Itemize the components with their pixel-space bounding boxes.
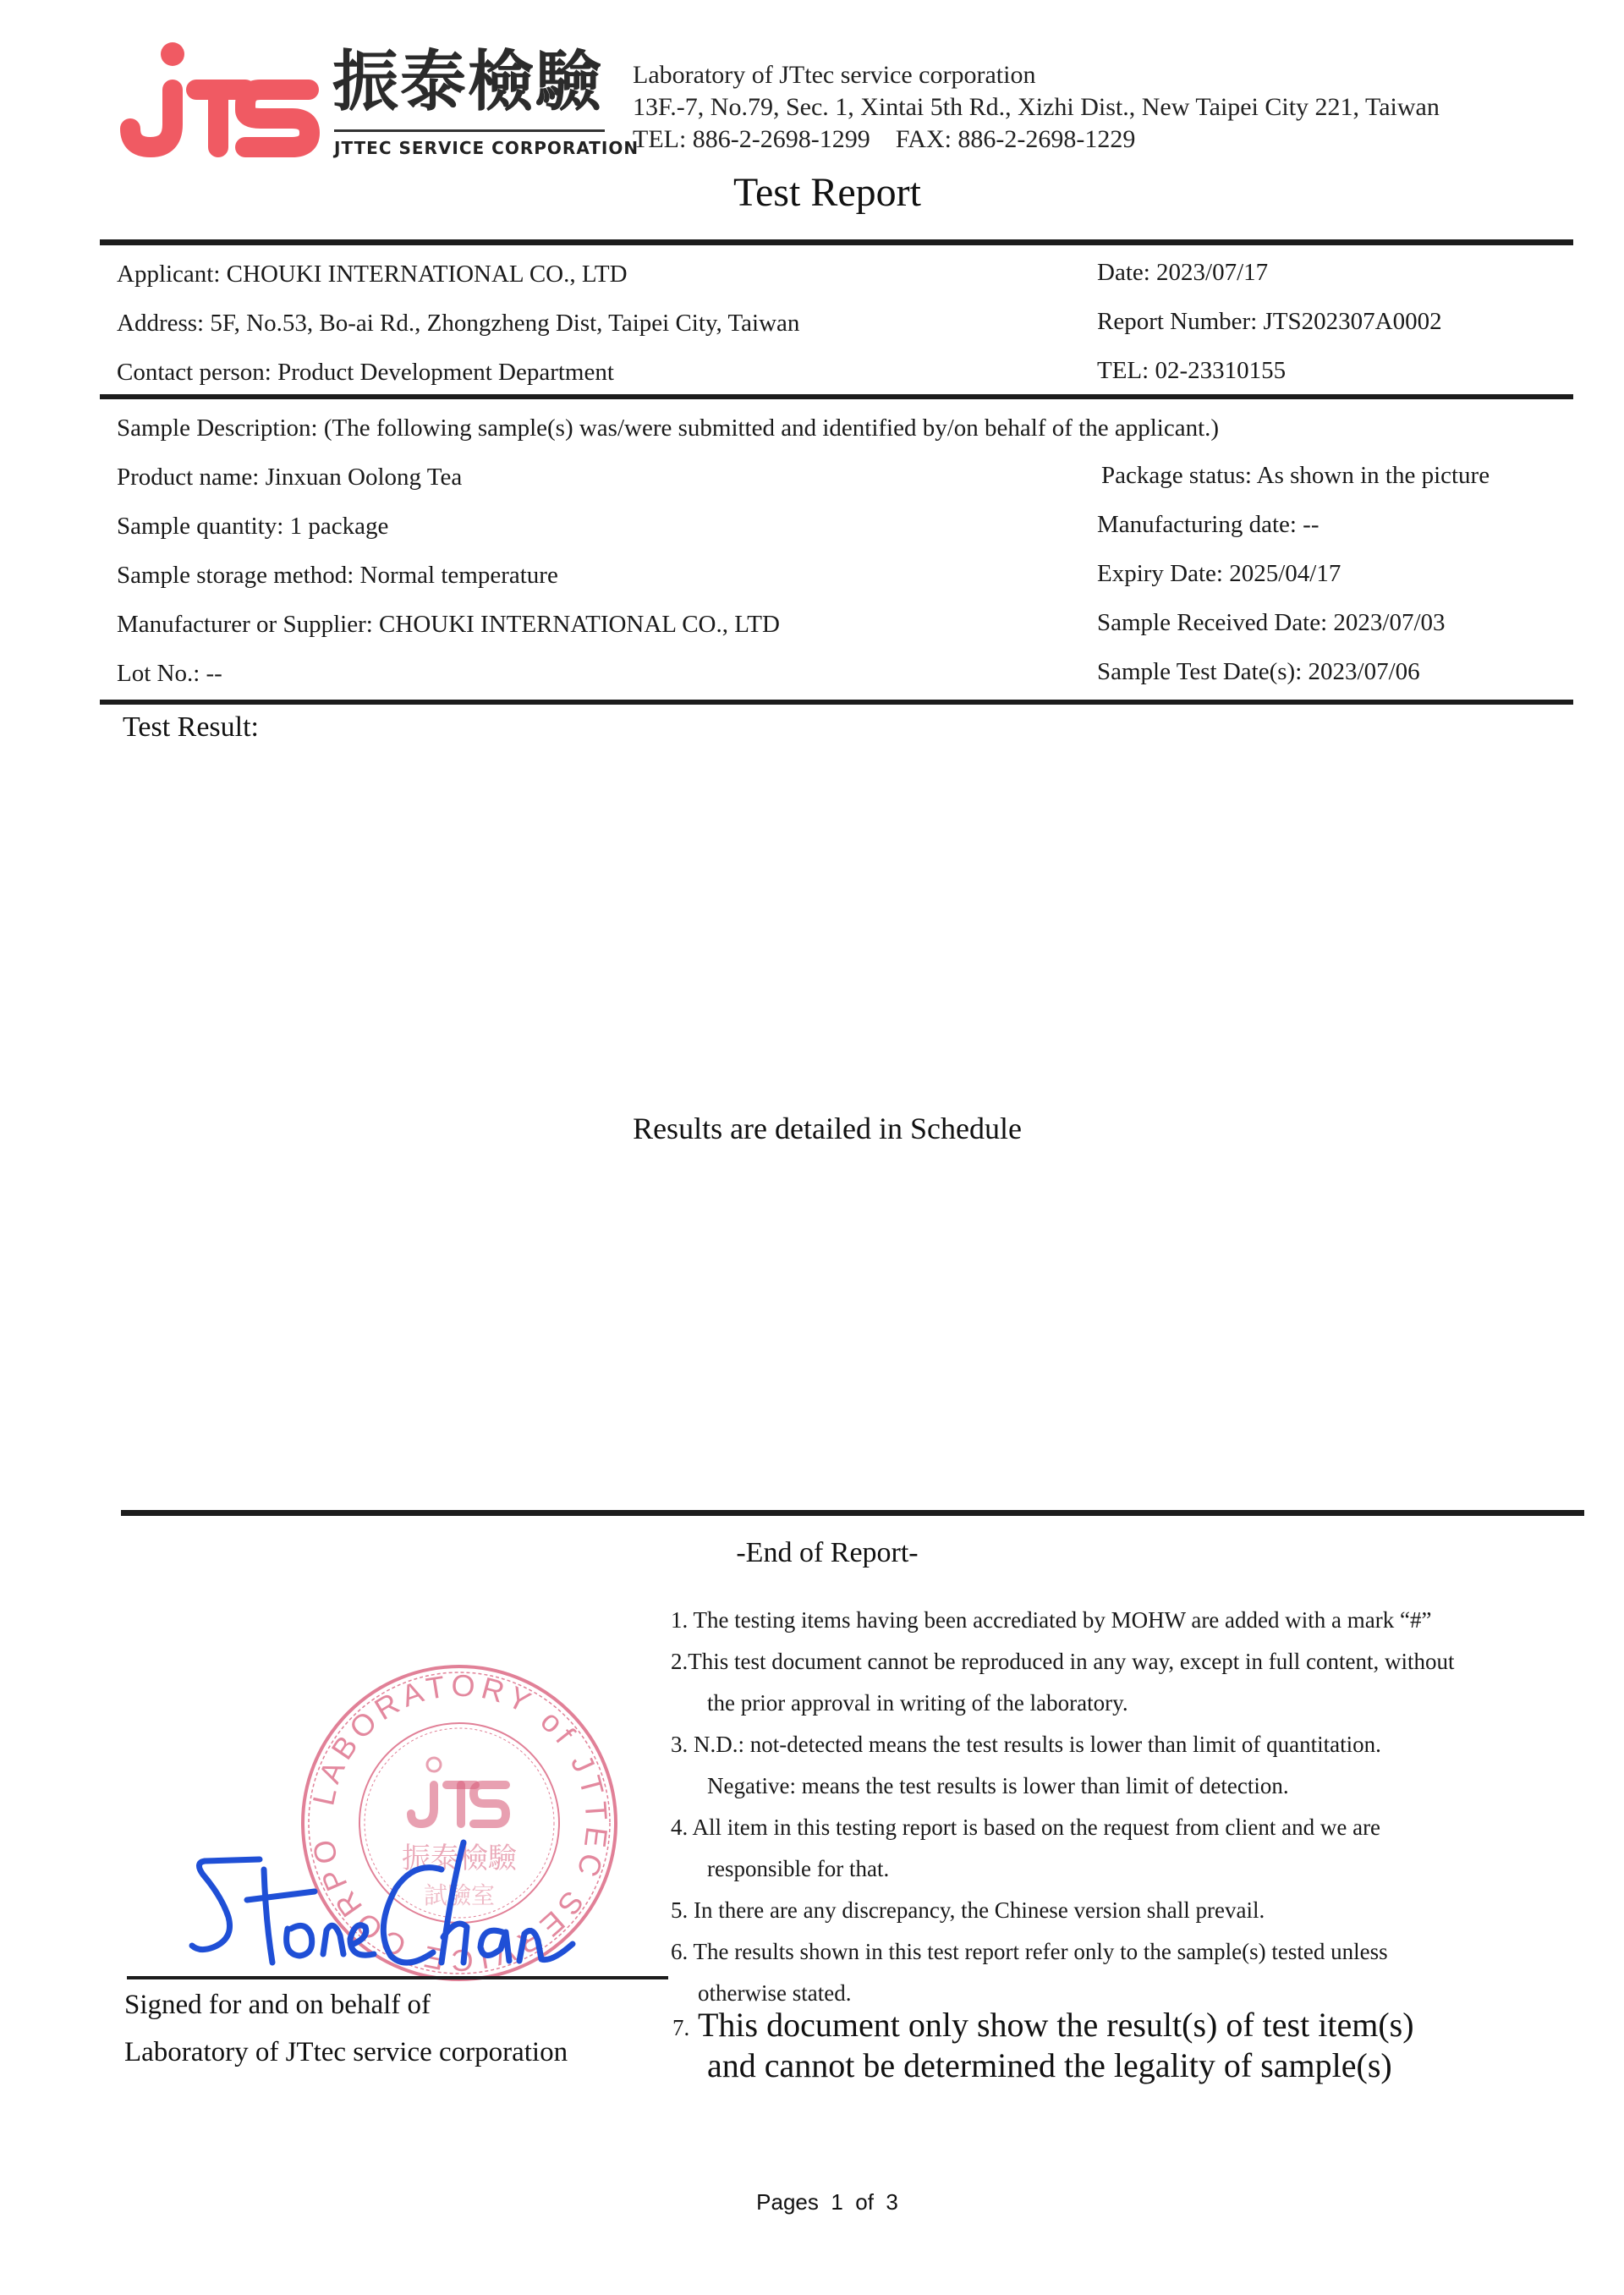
applicant-address: Address: 5F, No.53, Bo-ai Rd., Zhongzhen… bbox=[117, 310, 799, 338]
divider-middle bbox=[100, 394, 1573, 399]
note-3: 3. N.D.: not-detected means the test res… bbox=[671, 1732, 1381, 1758]
note-2: 2.This test document cannot be reproduce… bbox=[671, 1649, 1455, 1675]
contact-person: Contact person: Product Development Depa… bbox=[117, 359, 614, 387]
note-5: 5. In there are any discrepancy, the Chi… bbox=[671, 1897, 1265, 1924]
received-date: Sample Received Date: 2023/07/03 bbox=[1097, 609, 1446, 637]
note-6-cont: otherwise stated. bbox=[698, 1980, 851, 2007]
manufacturer: Manufacturer or Supplier: CHOUKI INTERNA… bbox=[117, 611, 780, 639]
note-7-cont: and cannot be determined the legality of… bbox=[707, 2045, 1392, 2085]
logo-chinese-name: 振泰檢驗 bbox=[332, 49, 603, 115]
signature-label-line1: Signed for and on behalf of bbox=[124, 1990, 431, 2021]
signature-line bbox=[127, 1976, 668, 1979]
note-7: This document only show the result(s) of… bbox=[698, 2005, 1414, 2045]
signature bbox=[188, 1836, 577, 1979]
page-title: Test Report bbox=[0, 169, 1624, 216]
package-status: Package status: As shown in the picture bbox=[1101, 462, 1490, 490]
applicant: Applicant: CHOUKI INTERNATIONAL CO., LTD bbox=[117, 261, 628, 288]
lab-address: 13F.-7, No.79, Sec. 1, Xintai 5th Rd., X… bbox=[633, 93, 1440, 122]
logo-english-name: JTTEC SERVICE CORPORATION bbox=[334, 138, 639, 158]
jts-logo-mark bbox=[118, 36, 321, 162]
note-7-number: 7. bbox=[672, 2015, 689, 2041]
note-6: 6. The results shown in this test report… bbox=[671, 1939, 1388, 1965]
report-number: Report Number: JTS202307A0002 bbox=[1097, 308, 1442, 336]
sample-description: Sample Description: (The following sampl… bbox=[117, 415, 1219, 442]
test-dates: Sample Test Date(s): 2023/07/06 bbox=[1097, 658, 1420, 686]
note-4-cont: responsible for that. bbox=[707, 1856, 889, 1882]
signature-label-line2: Laboratory of JTtec service corporation bbox=[124, 2037, 568, 2068]
storage-method: Sample storage method: Normal temperatur… bbox=[117, 562, 558, 590]
expiry-date: Expiry Date: 2025/04/17 bbox=[1097, 560, 1341, 588]
applicant-tel: TEL: 02-23310155 bbox=[1097, 357, 1286, 385]
product-name: Product name: Jinxuan Oolong Tea bbox=[117, 464, 462, 491]
divider-end bbox=[121, 1510, 1584, 1516]
manufacturing-date: Manufacturing date: -- bbox=[1097, 511, 1319, 539]
note-1: 1. The testing items having been accredi… bbox=[671, 1607, 1431, 1633]
note-2-cont: the prior approval in writing of the lab… bbox=[707, 1690, 1128, 1716]
test-result-body: Results are detailed in Schedule bbox=[0, 1111, 1624, 1146]
note-3-cont: Negative: means the test results is lowe… bbox=[707, 1773, 1289, 1799]
note-4: 4. All item in this testing report is ba… bbox=[671, 1815, 1380, 1841]
end-of-report: -End of Report- bbox=[0, 1537, 1624, 1569]
lab-name: Laboratory of JTtec service corporation bbox=[633, 61, 1035, 90]
divider-sample-end bbox=[100, 700, 1573, 705]
report-date: Date: 2023/07/17 bbox=[1097, 259, 1268, 287]
lab-contact: TEL: 886-2-2698-1299 FAX: 886-2-2698-122… bbox=[633, 125, 1135, 154]
divider-top bbox=[100, 239, 1573, 245]
page-number: Pages 1 of 3 bbox=[0, 2189, 1624, 2215]
sample-quantity: Sample quantity: 1 package bbox=[117, 513, 388, 541]
logo-divider bbox=[334, 129, 605, 132]
lot-number: Lot No.: -- bbox=[117, 660, 222, 688]
test-result-heading: Test Result: bbox=[123, 711, 259, 744]
